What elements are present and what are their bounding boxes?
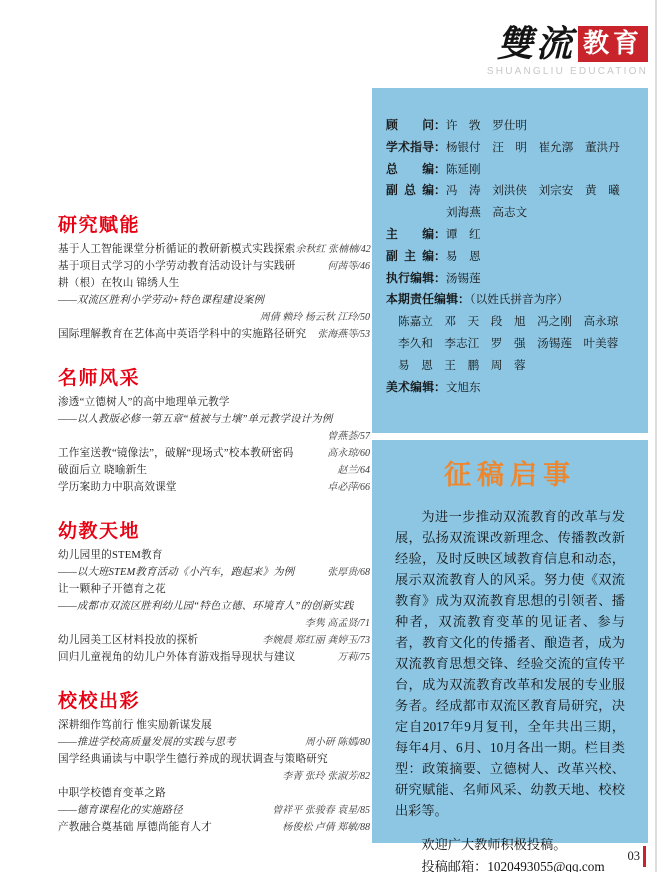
call-for-papers-closing: 欢迎广大教师积极投稿。 投稿邮箱：1020493055@qq.com (395, 834, 625, 872)
article-row: 工作室送教“镜像法”，破解“现场式”校本教研密码高永琼/60 (58, 445, 370, 462)
article-row: ——双流区胜利小学劳动+特色课程建设案例 (58, 292, 370, 309)
article-authors: 李隽 高孟贤/71 (305, 615, 370, 632)
toc-section-title: 名师风采 (58, 367, 370, 391)
masthead-value: 冯 涛 刘洪侠 刘宗安 黄 曦 (446, 184, 620, 197)
article-row: 深耕细作笃前行 惟实励新谋发展 (58, 717, 370, 734)
article-authors: 周小研 陈嫣/80 (305, 734, 370, 751)
masthead-rows: 顾问：许 敩 罗仕明学术指导：杨银付 汪 明 崔允漷 董洪丹总编：陈延刚副总编：… (386, 115, 638, 398)
article-authors: 张海燕等/53 (317, 326, 370, 343)
article-title: 破面后立 晓喻新生 (58, 462, 147, 479)
masthead-value: 易 恩 (446, 250, 481, 263)
masthead-row: 本期责任编辑：（以姓氏拼音为序） (386, 289, 638, 311)
toc-section: 校校出彩深耕细作笃前行 惟实励新谋发展——推进学校高质量发展的实践与思考周小研 … (58, 690, 370, 836)
article-row: 破面后立 晓喻新生赵兰/64 (58, 462, 370, 479)
article-title: 渗透“立德树人”的高中地理单元教学 (58, 394, 230, 411)
masthead-row: 陈嘉立 邓 天 段 旭 冯之刚 高永琼 (386, 311, 638, 333)
masthead-row: 易 恩 王 鹏 周 蓉 (386, 355, 638, 377)
masthead-row: 顾问：许 敩 罗仕明 (386, 115, 638, 137)
masthead-label: 副主编 (386, 246, 434, 268)
article-row: 基于项目式学习的小学劳动教育活动设计与实践研何茜等/46 (58, 258, 370, 275)
masthead-colon: ： (434, 271, 446, 285)
masthead-row: 学术指导：杨银付 汪 明 崔允漷 董洪丹 (386, 137, 638, 159)
article-title: 工作室送教“镜像法”，破解“现场式”校本教研密码 (58, 445, 293, 462)
article-row: ——成都市双流区胜利幼儿园“特色立德、环境育人”的创新实践 (58, 598, 370, 615)
masthead-value: （以姓氏拼音为序） (470, 293, 569, 306)
masthead-label: 副总编 (386, 180, 434, 202)
article-row: 渗透“立德树人”的高中地理单元教学 (58, 394, 370, 411)
journal-logo-wordmark: 雙流 教育 (487, 24, 648, 64)
logo-red-box-text: 教育 (578, 26, 648, 62)
article-title: 中职学校德育变革之路 (58, 785, 166, 802)
toc-section-title: 幼教天地 (58, 520, 370, 544)
toc-section: 幼教天地幼儿园里的STEM教育——以大班STEM教育活动《小汽车，跑起来》为例张… (58, 520, 370, 666)
article-title: 国学经典诵读与中职学生德行养成的现状调查与策略研究 (58, 751, 328, 768)
article-row: 让一颗种子开德育之花 (58, 581, 370, 598)
masthead-row: 美术编辑：文旭东 (386, 377, 638, 399)
article-authors: 李菁 张玲 张淑芳/82 (282, 768, 370, 785)
masthead-value: 易 恩 王 鹏 周 蓉 (398, 359, 526, 372)
masthead-colon: ： (434, 249, 446, 263)
page-number: 03 (628, 846, 647, 867)
toc-section: 名师风采渗透“立德树人”的高中地理单元教学——以人教版必修一第五章“植被与土壤”… (58, 367, 370, 496)
article-title: 幼儿园美工区材料投放的探析 (58, 632, 198, 649)
masthead-colon: ： (434, 380, 446, 394)
masthead-label: 主编 (386, 224, 434, 246)
article-row: 李隽 高孟贤/71 (58, 615, 370, 632)
masthead-row: 总编：陈延刚 (386, 159, 638, 181)
masthead-row: 刘海燕 高志文 (386, 202, 638, 224)
article-row: 李菁 张玲 张淑芳/82 (58, 768, 370, 785)
masthead-row: 副总编：冯 涛 刘洪侠 刘宗安 黄 曦 (386, 180, 638, 202)
article-row: 幼儿园美工区材料投放的探析李婉晨 郑红丽 龚婷玉/73 (58, 632, 370, 649)
toc-section-title: 研究赋能 (58, 214, 370, 238)
article-row: 中职学校德育变革之路 (58, 785, 370, 802)
article-title: 学历案助力中职高效课堂 (58, 479, 177, 496)
call-for-papers-body: 为进一步推动双流教育的改革与发展，弘扬双流课改新理念、传播教改新经验，及时反映区… (395, 506, 625, 821)
call-for-papers-invite-line: 欢迎广大教师积极投稿。 (395, 834, 625, 856)
article-authors: 曾燕荟/57 (327, 428, 370, 445)
article-title: 让一颗种子开德育之花 (58, 581, 166, 598)
article-title: 国际理解教育在艺体高中英语学科中的实施路径研究 (58, 326, 306, 343)
article-authors: 周倩 赖玲 杨云秋 江玲/50 (260, 309, 370, 326)
page-edge-line (655, 0, 657, 872)
article-title: 产教融合奠基础 厚德尚能育人才 (58, 819, 212, 836)
masthead-value: 李久和 李志江 罗 强 汤锡莲 叶美蓉 (398, 337, 618, 350)
article-authors: 高永琼/60 (327, 445, 370, 462)
masthead-row: 李久和 李志江 罗 强 汤锡莲 叶美蓉 (386, 333, 638, 355)
masthead-label: 本期责任编辑 (386, 289, 458, 311)
article-title: ——成都市双流区胜利幼儿园“特色立德、环境育人”的创新实践 (58, 598, 354, 615)
logo-calligraphy-text: 雙流 (497, 24, 575, 64)
article-row: 学历案助力中职高效课堂卓必萍/66 (58, 479, 370, 496)
page-number-red-bar (643, 846, 646, 867)
article-title: 回归儿童视角的幼儿户外体育游戏指导现状与建议 (58, 649, 295, 666)
masthead-colon: ： (434, 118, 446, 132)
toc-section: 研究赋能基于人工智能课堂分析循证的教研新模式实践探索余秋红 张楠楠/42基于项目… (58, 214, 370, 343)
article-row: 基于人工智能课堂分析循证的教研新模式实践探索余秋红 张楠楠/42 (58, 241, 370, 258)
page-number-text: 03 (628, 846, 641, 867)
article-authors: 张厚贵/68 (327, 564, 370, 581)
article-row: 国际理解教育在艺体高中英语学科中的实施路径研究张海燕等/53 (58, 326, 370, 343)
masthead-colon: ： (434, 162, 446, 176)
toc: 研究赋能基于人工智能课堂分析循证的教研新模式实践探索余秋红 张楠楠/42基于项目… (58, 214, 370, 836)
masthead-label: 执行编辑 (386, 268, 434, 290)
masthead-label: 顾问 (386, 115, 434, 137)
article-authors: 李婉晨 郑红丽 龚婷玉/73 (262, 632, 370, 649)
masthead-value: 谭 红 (446, 228, 481, 241)
article-row: 耕（根）在牧山 锦绣人生 (58, 275, 370, 292)
article-row: 曾燕荟/57 (58, 428, 370, 445)
journal-logo: 雙流 教育 SHUANGLIU EDUCATION (487, 24, 648, 77)
article-authors: 何茜等/46 (327, 258, 370, 275)
masthead-colon: ： (434, 183, 446, 197)
article-row: 国学经典诵读与中职学生德行养成的现状调查与策略研究 (58, 751, 370, 768)
article-authors: 赵兰/64 (337, 462, 370, 479)
masthead-row: 主编：谭 红 (386, 224, 638, 246)
masthead-value: 杨银付 汪 明 崔允漷 董洪丹 (446, 141, 620, 154)
masthead-colon: ： (434, 140, 446, 154)
article-title: 基于项目式学习的小学劳动教育活动设计与实践研 (58, 258, 295, 275)
article-title: 深耕细作笃前行 惟实励新谋发展 (58, 717, 212, 734)
masthead-row: 执行编辑：汤锡莲 (386, 268, 638, 290)
masthead-label: 学术指导 (386, 137, 434, 159)
masthead-value: 陈嘉立 邓 天 段 旭 冯之刚 高永琼 (398, 315, 618, 328)
masthead-label: 总编 (386, 159, 434, 181)
call-for-papers-box: 征稿启事 为进一步推动双流教育的改革与发展，弘扬双流课改新理念、传播教改新经验，… (372, 440, 648, 843)
article-title: ——德育课程化的实施路径 (58, 802, 183, 819)
call-for-papers-email-line: 投稿邮箱：1020493055@qq.com (395, 856, 625, 872)
article-title: ——推进学校高质量发展的实践与思考 (58, 734, 236, 751)
masthead-value: 文旭东 (446, 381, 481, 394)
masthead-colon: ： (434, 227, 446, 241)
article-title: 耕（根）在牧山 锦绣人生 (58, 275, 180, 292)
article-row: 周倩 赖玲 杨云秋 江玲/50 (58, 309, 370, 326)
masthead-row: 副主编：易 恩 (386, 246, 638, 268)
article-row: ——以人教版必修一第五章“植被与土壤”单元教学设计为例 (58, 411, 370, 428)
article-authors: 杨俊松 卢倩 郑敏/88 (282, 819, 370, 836)
masthead-value: 汤锡莲 (446, 272, 481, 285)
article-row: ——推进学校高质量发展的实践与思考周小研 陈嫣/80 (58, 734, 370, 751)
article-row: 幼儿园里的STEM教育 (58, 547, 370, 564)
masthead-box: 顾问：许 敩 罗仕明学术指导：杨银付 汪 明 崔允漷 董洪丹总编：陈延刚副总编：… (372, 88, 648, 433)
masthead-colon: ： (458, 292, 470, 306)
article-row: 产教融合奠基础 厚德尚能育人才杨俊松 卢倩 郑敏/88 (58, 819, 370, 836)
article-authors: 万莉/75 (337, 649, 370, 666)
article-row: ——以大班STEM教育活动《小汽车，跑起来》为例张厚贵/68 (58, 564, 370, 581)
logo-subtitle: SHUANGLIU EDUCATION (487, 66, 648, 77)
masthead-value: 陈延刚 (446, 163, 481, 176)
article-row: 回归儿童视角的幼儿户外体育游戏指导现状与建议万莉/75 (58, 649, 370, 666)
masthead-value: 许 敩 罗仕明 (446, 119, 527, 132)
call-for-papers-title: 征稿启事 (395, 458, 625, 492)
article-row: ——德育课程化的实施路径曾祥平 张骏春 袁星/85 (58, 802, 370, 819)
article-authors: 曾祥平 张骏春 袁星/85 (272, 802, 370, 819)
masthead-value: 刘海燕 高志文 (446, 206, 527, 219)
article-title: ——以人教版必修一第五章“植被与土壤”单元教学设计为例 (58, 411, 332, 428)
masthead-label: 美术编辑 (386, 377, 434, 399)
article-title: ——以大班STEM教育活动《小汽车，跑起来》为例 (58, 564, 294, 581)
toc-section-title: 校校出彩 (58, 690, 370, 714)
article-title: 基于人工智能课堂分析循证的教研新模式实践探索 (58, 241, 295, 258)
article-authors: 卓必萍/66 (327, 479, 370, 496)
article-authors: 余秋红 张楠楠/42 (295, 241, 370, 258)
article-title: ——双流区胜利小学劳动+特色课程建设案例 (58, 292, 264, 309)
article-title: 幼儿园里的STEM教育 (58, 547, 163, 564)
